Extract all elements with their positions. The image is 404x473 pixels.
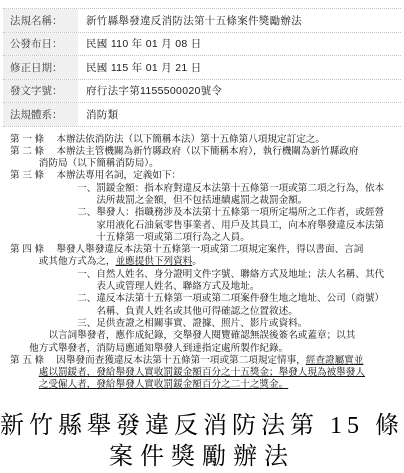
doc-line: 第 五 條 因舉發而查獲違反本法第十五條第一項或第二項規定情事，經查證屬實並 xyxy=(10,355,404,367)
meta-label: 發文字號： xyxy=(3,80,78,103)
doc-line: 法所裁罰之金額，但不包括連續處罰之裁罰金額。 xyxy=(10,195,404,207)
doc-line: 二、違反本法第十五條第一項或第二項案件發生地之地址、公司（商號） xyxy=(10,293,404,305)
text: 二、舉發人：指職務涉及本法第十五條第一項所定場所之工作者，或經營 xyxy=(10,207,384,218)
underlined-text: 經查證屬實並 xyxy=(306,355,364,366)
text: 十五條第一項或第二項行為之人員。 xyxy=(10,232,250,243)
doc-line: 一、罰鍰金額：指本府對違反本法第十五條第一項或第二項之行為，依本 xyxy=(10,183,404,195)
text: 第 二 條 本辦法主管機關為新竹縣政府（以下簡稱本府），執行機關為新竹縣政府 xyxy=(10,146,359,157)
text: 三、足供查證之相關事實、證據、照片、影片或資料。 xyxy=(10,318,307,329)
doc-line: 家用液化石油氣零售事業者、用戶及其員工，向本府舉發違反本法第 xyxy=(10,220,404,232)
text: 他方式舉發者，消防局應通知舉發人到達指定處所製作紀錄。 xyxy=(10,343,288,354)
text: 。 xyxy=(192,256,202,267)
text: 以言詞舉發者，應作成紀錄，交舉發人閱覽確認無誤後簽名或蓋章；以其 xyxy=(10,330,355,341)
doc-line: 以言詞舉發者，應作成紀錄，交舉發人閱覽確認無誤後簽名或蓋章；以其 xyxy=(10,330,404,342)
doc-line: 名稱、負責人姓名或其他可得確認之位置敘述。 xyxy=(10,306,404,318)
text: 一、罰鍰金額：指本府對違反本法第十五條第一項或第二項之行為，依本 xyxy=(10,183,384,194)
text: 表人或管理人姓名、聯絡方式及地址。 xyxy=(10,281,259,292)
text: 消防局（以下簡稱消防局）。 xyxy=(10,158,159,169)
text xyxy=(10,367,39,378)
doc-line: 表人或管理人姓名、聯絡方式及地址。 xyxy=(10,281,404,293)
text: 第 三 條 本辦法專用名詞，定義如下： xyxy=(10,170,181,181)
text: 第 五 條 因舉發而查獲違反本法第十五條第一項或第二項規定情事， xyxy=(10,355,306,366)
doc-line: 處以罰鍰者，發給舉發人實收罰鍰金額百分之十五獎金；舉發人現為被舉發人 xyxy=(10,367,404,379)
doc-line: 或其他方式為之，並應提供下列資料。 xyxy=(10,256,404,268)
text: 第 一 條 本辦法依消防法（以下簡稱本法）第十五條第八項規定訂定之。 xyxy=(10,134,325,145)
meta-row-publish-date: 公發布日： 民國 110 年 01 月 08 日 xyxy=(3,33,401,57)
doc-line: 第 一 條 本辦法依消防法（以下簡稱本法）第十五條第八項規定訂定之。 xyxy=(10,134,404,146)
doc-line: 第 二 條 本辦法主管機關為新竹縣政府（以下簡稱本府），執行機關為新竹縣政府 xyxy=(10,146,404,158)
law-document-page: 法規名稱： 新竹縣舉發違反消防法第十五條案件獎勵辦法 公發布日： 民國 110 … xyxy=(0,8,404,473)
doc-line: 第 三 條 本辦法專用名詞，定義如下： xyxy=(10,170,404,182)
doc-line: 二、舉發人：指職務涉及本法第十五條第一項所定場所之工作者，或經營 xyxy=(10,207,404,219)
underlined-text: 並應提供下列資料 xyxy=(116,256,193,267)
doc-line: 一、自然人姓名、身分證明文件字號、聯絡方式及地址；法人名稱、其代 xyxy=(10,269,404,281)
document-footer-title: 新竹縣舉發違反消防法第 15 條 案件獎勵辦法 xyxy=(0,411,404,473)
document-body: 第 一 條 本辦法依消防法（以下簡稱本法）第十五條第八項規定訂定之。第 二 條 … xyxy=(0,134,404,392)
text: 二、違反本法第十五條第一項或第二項案件發生地之地址、公司（商號） xyxy=(10,293,384,304)
meta-label: 修正日期： xyxy=(3,56,78,79)
footer-title-line2: 案件獎勵辦法 xyxy=(0,442,404,473)
meta-value: 民國 115 年 01 月 21 日 xyxy=(78,56,202,79)
underlined-text: 處以罰鍰者，發給舉發人實收罰鍰金額百分之十五獎金；舉發人現為被舉發人 xyxy=(39,367,365,378)
meta-value: 府行法字第1155500020號令 xyxy=(78,80,222,103)
doc-line: 三、足供查證之相關事實、證據、照片、影片或資料。 xyxy=(10,318,404,330)
text: 法所裁罰之金額，但不包括連續處罰之裁罰金額。 xyxy=(10,195,307,206)
doc-line: 之受僱人者，發給舉發人實收罰鍰金額百分之二十之獎金。 xyxy=(10,379,404,391)
text: 第 四 條 舉發人舉發違反本法第十五條第一項或第二項規定案件，得以書面、言詞 xyxy=(10,244,363,255)
meta-row-amend-date: 修正日期： 民國 115 年 01 月 21 日 xyxy=(3,56,401,80)
meta-row-doc-number: 發文字號： 府行法字第1155500020號令 xyxy=(3,80,401,104)
meta-label: 法規體系： xyxy=(3,103,78,126)
doc-line: 十五條第一項或第二項行為之人員。 xyxy=(10,232,404,244)
text: 名稱、負責人姓名或其他可得確認之位置敘述。 xyxy=(10,306,298,317)
meta-row-category: 法規體系： 消防類 xyxy=(3,103,401,127)
footer-title-line1: 新竹縣舉發違反消防法第 15 條 xyxy=(0,411,404,442)
meta-value: 消防類 xyxy=(78,103,118,126)
text xyxy=(10,379,39,390)
meta-value: 民國 110 年 01 月 08 日 xyxy=(78,33,202,56)
meta-value: 新竹縣舉發違反消防法第十五條案件獎勵辦法 xyxy=(78,9,302,32)
text: 一、自然人姓名、身分證明文件字號、聯絡方式及地址；法人名稱、其代 xyxy=(10,269,384,280)
meta-row-name: 法規名稱： 新竹縣舉發違反消防法第十五條案件獎勵辦法 xyxy=(3,9,401,33)
underlined-text: 之受僱人者，發給舉發人實收罰鍰金額百分之二十之獎金。 xyxy=(39,379,288,390)
text: 家用液化石油氣零售事業者、用戶及其員工，向本府舉發違反本法第 xyxy=(10,220,384,231)
text: 或其他方式為之， xyxy=(10,256,116,267)
law-meta-table: 法規名稱： 新竹縣舉發違反消防法第十五條案件獎勵辦法 公發布日： 民國 110 … xyxy=(3,8,401,127)
doc-line: 消防局（以下簡稱消防局）。 xyxy=(10,158,404,170)
doc-line: 他方式舉發者，消防局應通知舉發人到達指定處所製作紀錄。 xyxy=(10,343,404,355)
meta-label: 公發布日： xyxy=(3,33,78,56)
doc-line: 第 四 條 舉發人舉發違反本法第十五條第一項或第二項規定案件，得以書面、言詞 xyxy=(10,244,404,256)
meta-label: 法規名稱： xyxy=(3,9,78,32)
